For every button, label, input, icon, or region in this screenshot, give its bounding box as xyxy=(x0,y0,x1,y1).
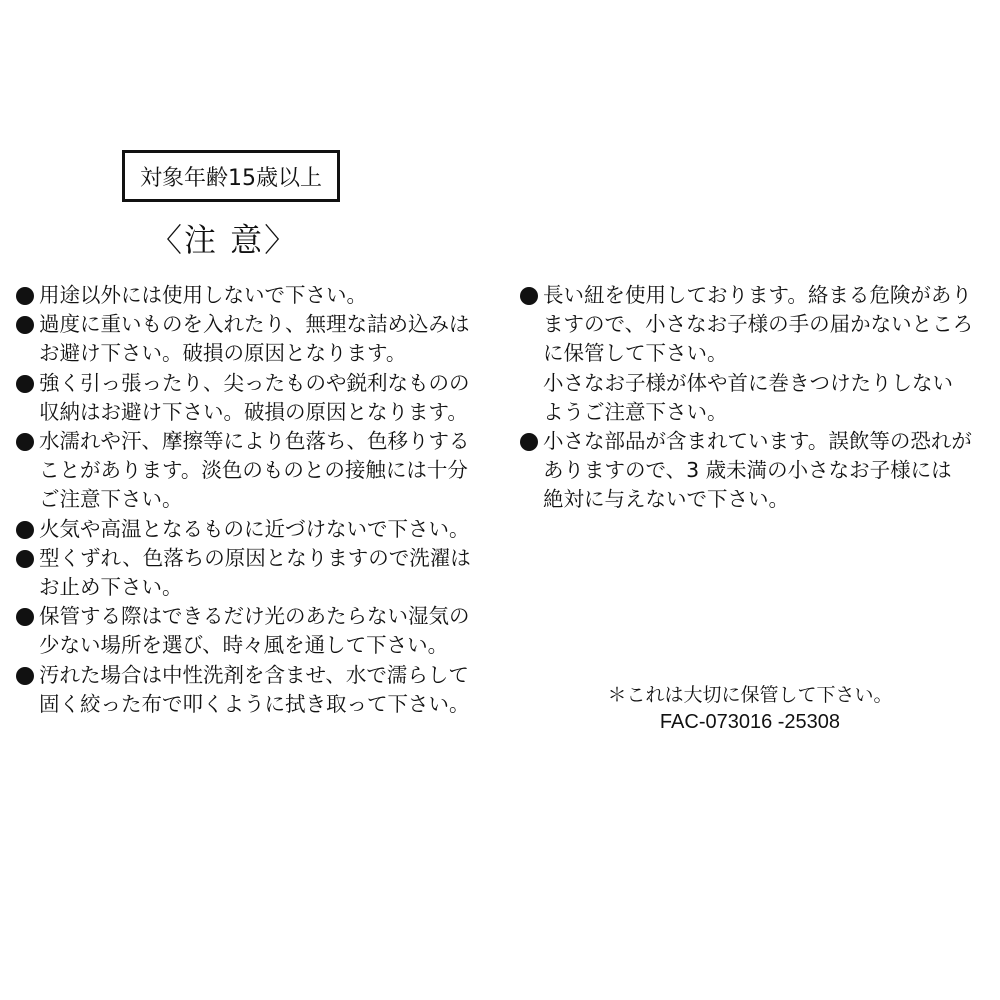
age-notice-box: 対象年齢15歳以上 xyxy=(122,150,340,202)
caution-line: ご注意下さい。 xyxy=(39,485,496,514)
bullet-icon xyxy=(16,667,34,685)
caution-line: 型くずれ、色落ちの原因となりますので洗濯は xyxy=(39,544,496,573)
caution-line: 長い紐を使用しております。絡まる危険があり xyxy=(543,281,1000,310)
caution-item: 火気や高温となるものに近づけないで下さい。 xyxy=(16,515,496,544)
bullet-icon xyxy=(16,287,34,305)
caution-list-right: 長い紐を使用しております。絡まる危険がありますので、小さなお子様の手の届かないと… xyxy=(520,281,1000,515)
caution-item: 強く引っ張ったり、尖ったものや鋭利なものの収納はお避け下さい。破損の原因となりま… xyxy=(16,369,496,427)
age-notice-text: 対象年齢15歳以上 xyxy=(140,161,322,192)
caution-item: 保管する際はできるだけ光のあたらない湿気の少ない場所を選び、時々風を通して下さい… xyxy=(16,602,496,660)
caution-line: ようご注意下さい。 xyxy=(543,398,1000,427)
caution-item: 水濡れや汗、摩擦等により色落ち、色移りすることがあります。淡色のものとの接触には… xyxy=(16,427,496,515)
caution-item: 型くずれ、色落ちの原因となりますので洗濯はお止め下さい。 xyxy=(16,544,496,602)
caution-item: 汚れた場合は中性洗剤を含ませ、水で濡らして固く絞った布で叩くように拭き取って下さ… xyxy=(16,661,496,719)
caution-line: ありますので、3 歳未満の小さなお子様には xyxy=(543,456,1000,485)
caution-list-left: 用途以外には使用しないで下さい。過度に重いものを入れたり、無理な詰め込みはお避け… xyxy=(16,281,496,719)
caution-line: 水濡れや汗、摩擦等により色落ち、色移りする xyxy=(39,427,496,456)
caution-line: 少ない場所を選び、時々風を通して下さい。 xyxy=(39,631,496,660)
caution-line: 保管する際はできるだけ光のあたらない湿気の xyxy=(39,602,496,631)
caution-line: 小さな部品が含まれています。誤飲等の恐れが xyxy=(543,427,1000,456)
bullet-icon xyxy=(16,608,34,626)
bullet-icon xyxy=(16,433,34,451)
caution-line: 過度に重いものを入れたり、無理な詰め込みは xyxy=(39,310,496,339)
caution-line: 絶対に与えないで下さい。 xyxy=(543,485,1000,514)
caution-line: 固く絞った布で叩くように拭き取って下さい。 xyxy=(39,690,496,719)
caution-line: 用途以外には使用しないで下さい。 xyxy=(39,281,496,310)
caution-line: に保管して下さい。 xyxy=(543,339,1000,368)
bullet-icon xyxy=(16,316,34,334)
caution-title: 〈注 意〉 xyxy=(150,215,298,261)
bullet-icon xyxy=(520,287,538,305)
bullet-icon xyxy=(16,550,34,568)
caution-item: 過度に重いものを入れたり、無理な詰め込みはお避け下さい。破損の原因となります。 xyxy=(16,310,496,368)
caution-line: 火気や高温となるものに近づけないで下さい。 xyxy=(39,515,496,544)
bullet-icon xyxy=(520,433,538,451)
caution-item: 長い紐を使用しております。絡まる危険がありますので、小さなお子様の手の届かないと… xyxy=(520,281,1000,427)
caution-line: 汚れた場合は中性洗剤を含ませ、水で濡らして xyxy=(39,661,496,690)
caution-line: ますので、小さなお子様の手の届かないところ xyxy=(543,310,1000,339)
caution-item: 小さな部品が含まれています。誤飲等の恐れがありますので、3 歳未満の小さなお子様… xyxy=(520,427,1000,515)
bullet-icon xyxy=(16,521,34,539)
caution-line: 小さなお子様が体や首に巻きつけたりしない xyxy=(543,369,1000,398)
caution-item: 用途以外には使用しないで下さい。 xyxy=(16,281,496,310)
caution-line: ことがあります。淡色のものとの接触には十分 xyxy=(39,456,496,485)
caution-line: お止め下さい。 xyxy=(39,573,496,602)
caution-line: 強く引っ張ったり、尖ったものや鋭利なものの xyxy=(39,369,496,398)
caution-line: 収納はお避け下さい。破損の原因となります。 xyxy=(39,398,496,427)
product-code: FAC-073016 -25308 xyxy=(560,711,940,734)
storage-note: ＊これは大切に保管して下さい。 xyxy=(560,680,940,707)
bullet-icon xyxy=(16,375,34,393)
caution-line: お避け下さい。破損の原因となります。 xyxy=(39,339,496,368)
